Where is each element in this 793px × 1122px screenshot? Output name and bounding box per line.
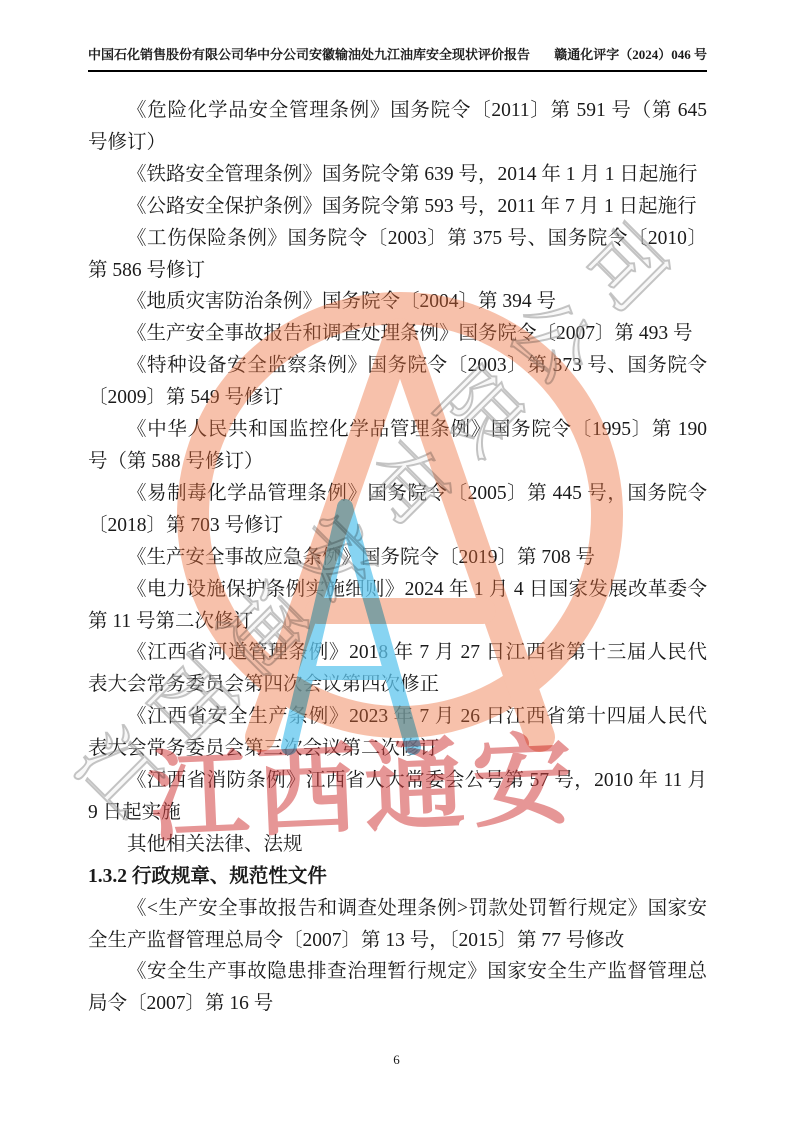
regulation-paragraph: 《特种设备安全监察条例》国务院令〔2003〕第 373 号、国务院令〔2009〕… [88, 350, 707, 414]
regulation-paragraph: 《中华人民共和国监控化学品管理条例》国务院令〔1995〕第 190 号（第 58… [88, 414, 707, 478]
regulation-paragraph: 《生产安全事故应急条例》国务院令〔2019〕第 708 号 [88, 542, 707, 574]
page-header: 中国石化销售股份有限公司华中分公司安徽输油处九江油库安全现状评价报告 赣通化评字… [88, 44, 707, 72]
regulation-paragraph: 《铁路安全管理条例》国务院令第 639 号，2014 年 1 月 1 日起施行 [88, 159, 707, 191]
laws-regulations-list: 《危险化学品安全管理条例》国务院令〔2011〕第 591 号（第 645 号修订… [88, 95, 707, 861]
regulation-paragraph: 《危险化学品安全管理条例》国务院令〔2011〕第 591 号（第 645 号修订… [88, 95, 707, 159]
section-heading: 1.3.2 行政规章、规范性文件 [88, 861, 707, 893]
document-body: 《危险化学品安全管理条例》国务院令〔2011〕第 591 号（第 645 号修订… [88, 95, 707, 1020]
regulation-paragraph: 《<生产安全事故报告和调查处理条例>罚款处罚暂行规定》国家安全生产监督管理总局令… [88, 893, 707, 957]
regulation-paragraph: 《地质灾害防治条例》国务院令〔2004〕第 394 号 [88, 286, 707, 318]
regulation-paragraph: 《江西省消防条例》江西省人大常委会公号第 57 号，2010 年 11 月 9 … [88, 765, 707, 829]
administrative-rules-list: 《<生产安全事故报告和调查处理条例>罚款处罚暂行规定》国家安全生产监督管理总局令… [88, 893, 707, 1021]
document-page: 中国石化销售股份有限公司华中分公司安徽输油处九江油库安全现状评价报告 赣通化评字… [0, 0, 793, 1122]
header-doc-number: 赣通化评字（2024）046 号 [554, 44, 707, 63]
regulation-paragraph: 《江西省安全生产条例》2023 年 7 月 26 日江西省第十四届人民代表大会常… [88, 701, 707, 765]
page-number: 6 [0, 1052, 793, 1068]
page-content: 中国石化销售股份有限公司华中分公司安徽输油处九江油库安全现状评价报告 赣通化评字… [88, 44, 707, 1020]
regulation-paragraph: 《工伤保险条例》国务院令〔2003〕第 375 号、国务院令〔2010〕第 58… [88, 223, 707, 287]
regulation-paragraph: 《易制毒化学品管理条例》国务院令〔2005〕第 445 号，国务院令〔2018〕… [88, 478, 707, 542]
regulation-paragraph: 其他相关法律、法规 [88, 829, 707, 861]
regulation-paragraph: 《电力设施保护条例实施细则》2024 年 1 月 4 日国家发展改革委令第 11… [88, 574, 707, 638]
regulation-paragraph: 《生产安全事故报告和调查处理条例》国务院令〔2007〕第 493 号 [88, 318, 707, 350]
regulation-paragraph: 《江西省河道管理条例》2018 年 7 月 27 日江西省第十三届人民代表大会常… [88, 637, 707, 701]
regulation-paragraph: 《安全生产事故隐患排查治理暂行规定》国家安全生产监督管理总局令〔2007〕第 1… [88, 956, 707, 1020]
header-report-title: 中国石化销售股份有限公司华中分公司安徽输油处九江油库安全现状评价报告 [88, 44, 530, 63]
regulation-paragraph: 《公路安全保护条例》国务院令第 593 号，2011 年 7 月 1 日起施行 [88, 191, 707, 223]
